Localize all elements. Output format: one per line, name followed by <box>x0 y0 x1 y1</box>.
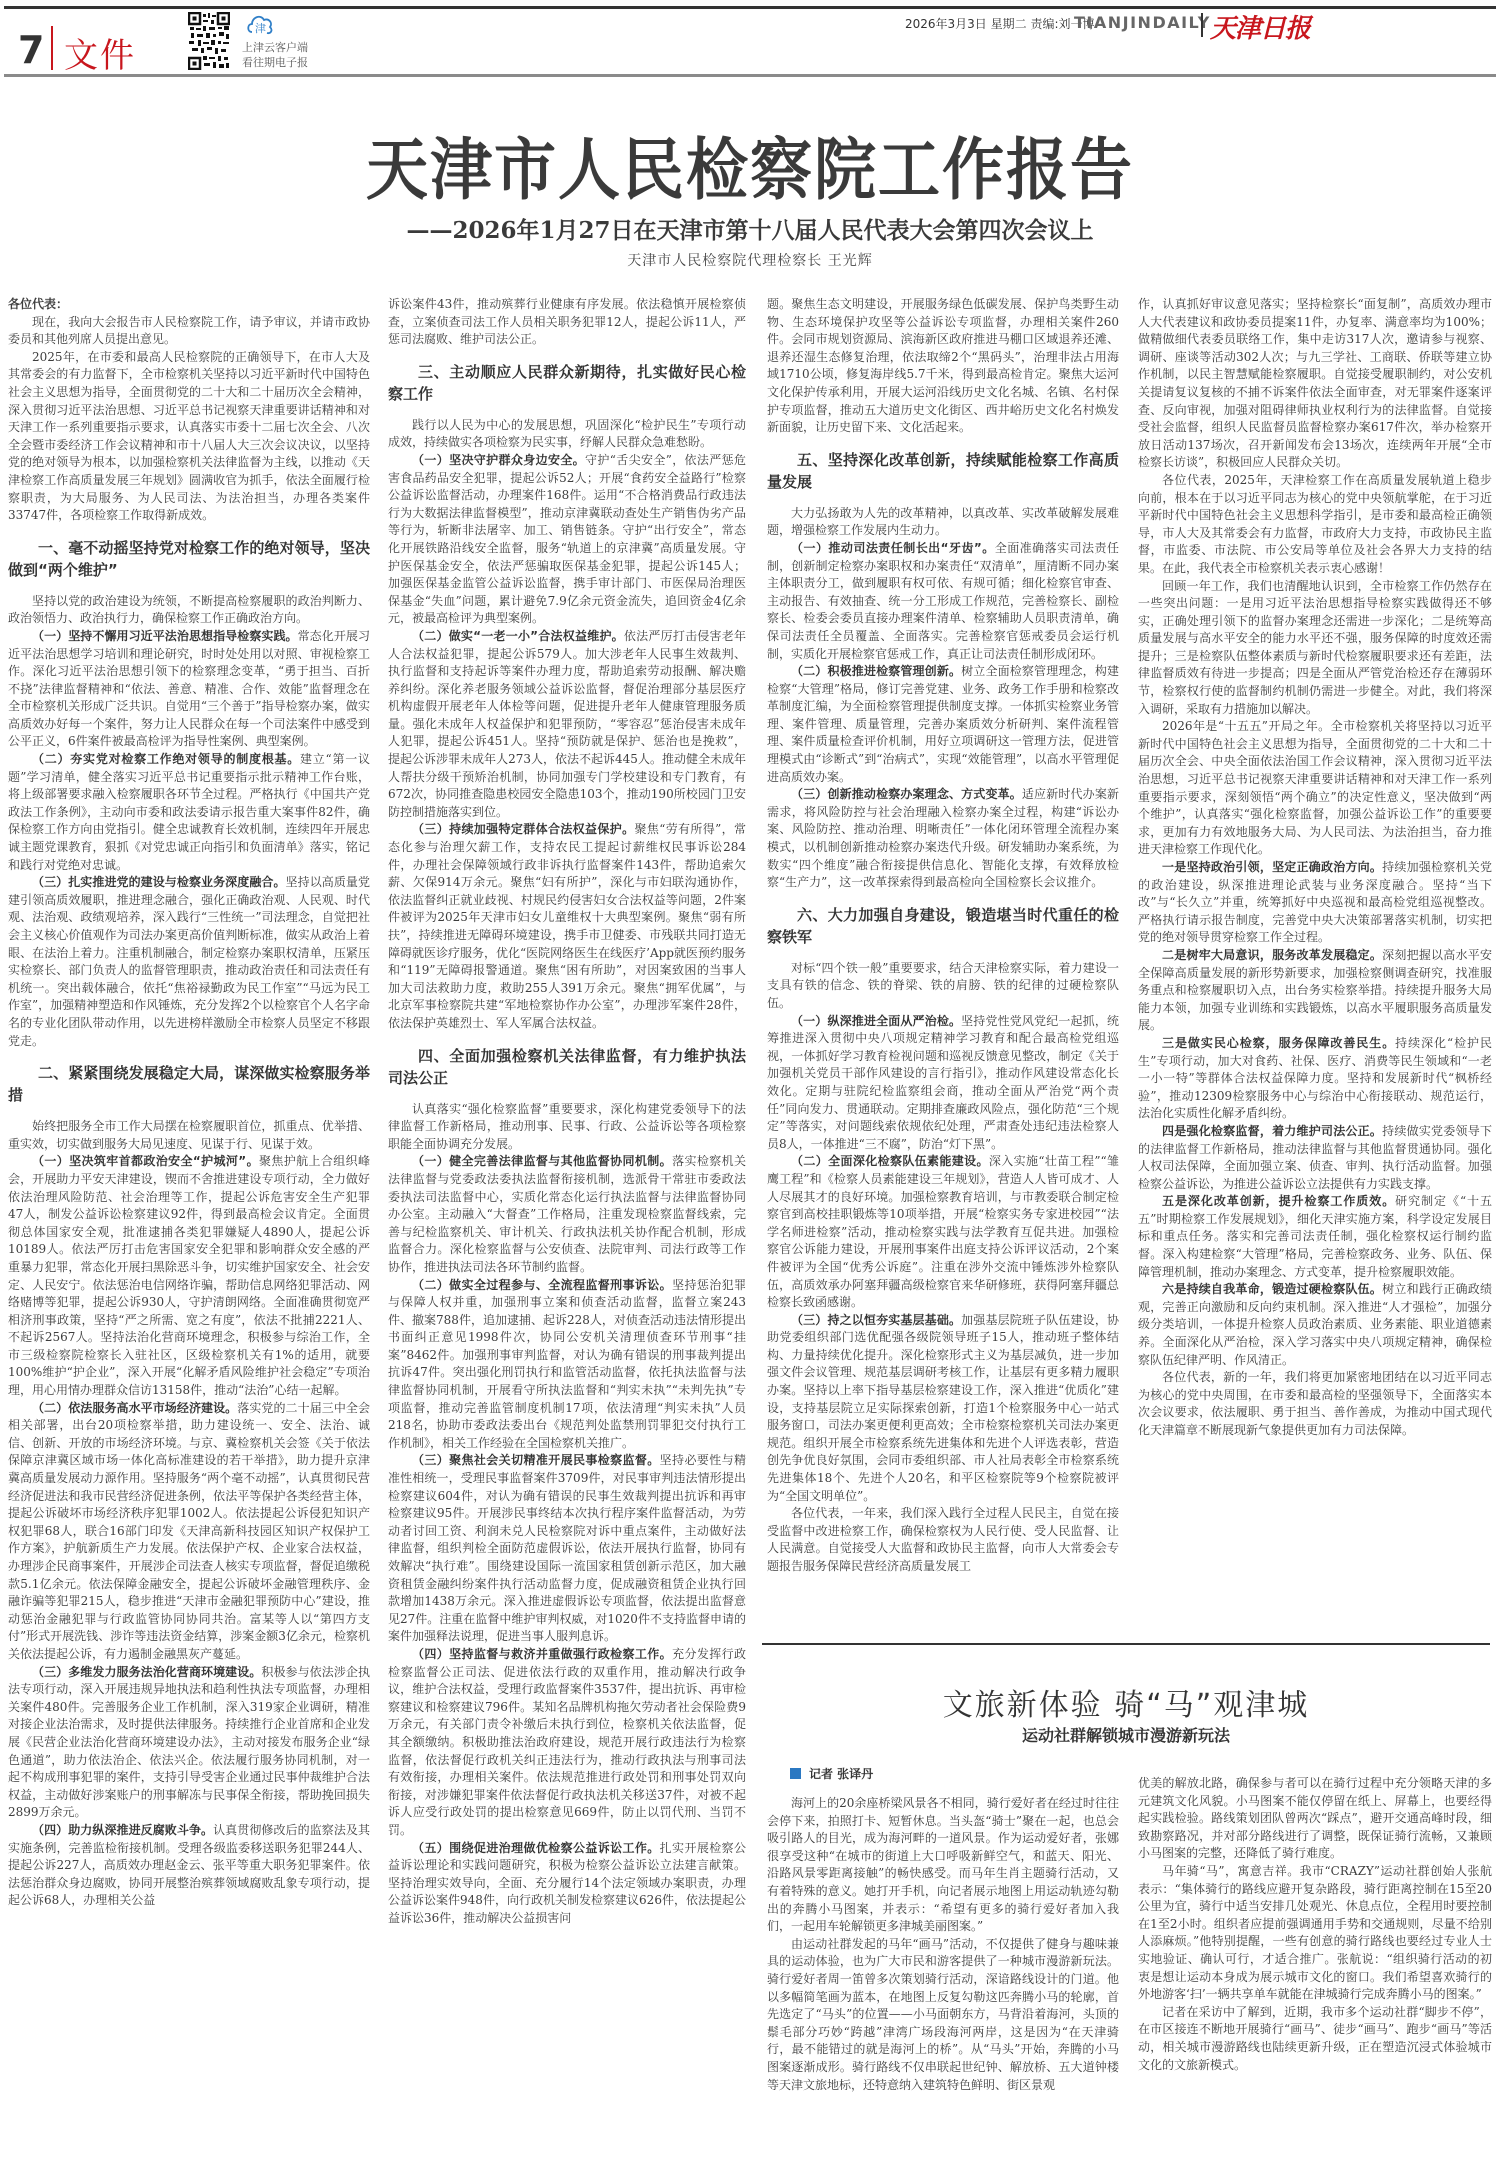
paragraph-lead: （一）推动司法责任制长出“牙齿”。 <box>791 541 995 555</box>
paragraph: 践行以人民为中心的发展思想，巩固深化“检护民生”专项行动成效，持续做实各项检察为… <box>388 417 746 452</box>
paragraph: 题。聚焦生态文明建设，开展服务绿色低碳发展、保护鸟类野生动物、生态环境保护攻坚等… <box>767 296 1119 437</box>
paragraph-lead: 六是持续自我革命，锻造过硬检察队伍。 <box>1162 1282 1382 1296</box>
paragraph-body: 积极参与依法涉企执法专项行动，深入开展违规异地执法和趋利性执法专项监督，办理相关… <box>8 1665 370 1820</box>
paragraph: （二）全面深化检察队伍素能建设。深入实施“壮苗工程”“雏鹰工程”和《检察人员素能… <box>767 1153 1119 1311</box>
paragraph-body: 树立全面检察管理理念，构建检察“大管理”格局，修订完善党建、业务、政务工作手册和… <box>767 664 1119 784</box>
paragraph: 认真落实“强化检察监督”重要要求，深化构建党委领导下的法律监督工作新格局，推动刑… <box>388 1101 746 1154</box>
paragraph-lead: （三）持之以恒夯实基层基础。 <box>791 1313 961 1327</box>
paragraph-lead: （二）夯实党对检察工作绝对领导的制度根基。 <box>32 752 300 766</box>
paragraph-lead: （三）创新推动检察办案理念、方式变革。 <box>791 787 1022 801</box>
paragraph: （一）纵深推进全面从严治检。坚持党性党风党纪一起抓，统筹推进深入贯彻中央八项规定… <box>767 1013 1119 1154</box>
paragraph-lead: （三）多维发力服务法治化营商环境建设。 <box>32 1665 261 1679</box>
paragraph: 由运动社群发起的马年“画马”活动，不仅提供了健身与趣味兼具的运动体验，也为广大市… <box>767 1936 1119 2094</box>
masthead-bottom-rule <box>4 74 1496 77</box>
paragraph-body: 守护“舌尖安全”，依法严惩危害食品药品安全犯罪，提起公诉52人；开展“食药安全益… <box>388 453 746 625</box>
paragraph-lead: （四）坚持监督与救济并重做强行政检察工作。 <box>412 1647 672 1661</box>
paragraph-body: 依法严厉打击侵害老年人合法权益犯罪，提起公诉579人。加大涉老年人民事生效裁判、… <box>388 629 746 819</box>
brand-english: TIANJINDAILY <box>1074 13 1211 32</box>
paragraph: （二）做实全过程参与、全流程监督刑事诉讼。坚持惩治犯罪与保障人权并重，加强刑事立… <box>388 1277 746 1453</box>
article2-reporter: 记者 张译丹 <box>790 1765 873 1782</box>
paragraph: 2025年，在市委和最高人民检察院的正确领导下，在市人大及其常委会的有力监督下，… <box>8 349 370 525</box>
paragraph-lead: （二）做实“一老一小”合法权益维护。 <box>412 629 624 643</box>
paragraph-body: 坚持党性党风党纪一起抓，统筹推进深入贯彻中央八项规定精神学习教育和配合最高检党组… <box>767 1014 1119 1151</box>
paragraph: 2026年是“十五五”开局之年。全市检察机关将坚持以习近平新时代中国特色社会主义… <box>1138 718 1492 859</box>
paragraph: （二）夯实党对检察工作绝对领导的制度根基。建立“第一议题”学习清单，健全落实习近… <box>8 751 370 874</box>
paragraph-lead: 一是坚持政治引领，坚定正确政治方向。 <box>1162 860 1382 874</box>
section-heading-1: 一、毫不动摇坚持党对检察工作的绝对领导，坚决做到“两个维护” <box>8 537 370 581</box>
paragraph: 现在，我向大会报告市人民检察院工作，请予审议，并请市政协委员和其他列席人员提出意… <box>8 314 370 349</box>
paragraph-lead: 四是强化检察监督，着力维护司法公正。 <box>1162 1124 1382 1138</box>
paragraph: （四）坚持监督与救济并重做强行政检察工作。充分发挥行政检察监督公正司法、促进依法… <box>388 1646 746 1840</box>
paragraph-body: 适应新时代办案新需求，将风险防控与社会治理融入检察办案全过程，构建“诉讼办案、风… <box>767 787 1119 889</box>
paragraph-body: 充分发挥行政检察监督公正司法、促进依法行政的双重作用，推动解决行政争议，维护合法… <box>388 1647 746 1837</box>
paragraph-lead: （三）持续加强特定群体合法权益保护。 <box>412 822 634 836</box>
issue-date: 2026年3月3日 <box>905 17 987 31</box>
article-subtitle: ——2026年1月27日在天津市第十八届人民代表大会第四次会议上 <box>0 212 1500 245</box>
paragraph-lead: （一）坚持不懈用习近平法治思想指导检察实践。 <box>32 629 298 643</box>
paragraph: 五是深化改革创新，提升检察工作质效。研究制定《“十五五”时期检察工作发展规划》，… <box>1138 1193 1492 1281</box>
app-promo-text: 上津云客户端 看往期电子报 <box>242 40 308 70</box>
paragraph-lead: 二是树牢大局意识，服务改革发展稳定。 <box>1162 948 1382 962</box>
paragraph: 二是树牢大局意识，服务改革发展稳定。深刻把握以高水平安全保障高质量发展的新形势新… <box>1138 947 1492 1035</box>
brand-separator <box>1201 13 1203 37</box>
paragraph: （一）健全完善法律监督与其他监督协同机制。落实检察机关法律监督与党委政法委执法监… <box>388 1153 746 1276</box>
paragraph: （一）坚决筑牢首都政治安全“护城河”。聚焦护航上合组织峰会，开展助力平安天津建设… <box>8 1153 370 1399</box>
paragraph: 坚持以党的政治建设为统领，不断提高检察履职的政治判断力、政治领悟力、政治执行力，… <box>8 593 370 628</box>
paragraph: 各位代表，新的一年，我们将更加紧密地团结在以习近平同志为核心的党中央周围，在市委… <box>1138 1369 1492 1439</box>
article2-column-1: 海河上的20余座桥梁风景各不相同，骑行爱好者在经过时往往会停下来，拍照打卡、短暂… <box>767 1795 1119 2160</box>
page-number: 7 <box>18 28 44 72</box>
paragraph: 记者在采访中了解到，近期，我市多个运动社群“脚步不停”，在市区接连不断地开展骑行… <box>1138 2004 1492 2074</box>
paragraph-body: 全面准确落实司法责任制，创新制定检察办案职权和办案责任“双清单”，厘清断不同办案… <box>767 541 1119 661</box>
app-promo-line1: 上津云客户端 <box>242 40 308 55</box>
paragraph-body: 加强基层院班子队伍建设，协助党委组织部门选优配强各级院领导班子15人，推动班子整… <box>767 1313 1119 1503</box>
paragraph: （二）积极推进检察管理创新。树立全面检察管理理念，构建检察“大管理”格局，修订完… <box>767 663 1119 786</box>
paragraph: 大力弘扬敢为人先的改革精神，以真改革、实改革破解发展难题，增强检察工作发展内生动… <box>767 505 1119 540</box>
paragraph: 对标“四个铁一般”重要要求，结合天津检察实际，着力建设一支具有铁的信念、铁的脊梁… <box>767 960 1119 1013</box>
paragraph-lead: （三）扎实推进党的建设与检察业务深度融合。 <box>32 875 286 889</box>
qr-code-icon[interactable] <box>188 12 230 70</box>
paragraph-body: 坚持必要性与精准性相统一，受理民事监督案件3709件，对民事审判违法情形提出检察… <box>388 1453 746 1643</box>
article-column-2: 诉讼案件43件，推动殡葬行业健康有序发展。依法稳慎开展检察侦查，立案侦查司法工作… <box>388 296 746 2156</box>
paragraph: 各位代表，一年来，我们深入践行全过程人民民主，自觉在接受监督中改进检察工作，确保… <box>767 1505 1119 1575</box>
paragraph: 马年骑“马”，寓意吉祥。我市“CRAZY”运动社群创始人张航表示：“集体骑行的路… <box>1138 1863 1492 2004</box>
paragraph-lead: （一）坚决守护群众身边安全。 <box>412 453 585 467</box>
paragraph: 海河上的20余座桥梁风景各不相同，骑行爱好者在经过时往往会停下来，拍照打卡、短暂… <box>767 1795 1119 1936</box>
paragraph: （一）推动司法责任制长出“牙齿”。全面准确落实司法责任制，创新制定检察办案职权和… <box>767 540 1119 663</box>
paragraph-body: 落实党的二十届三中全会相关部署，出台20项检察举措，助力建设统一、安全、法治、诚… <box>8 1401 370 1661</box>
paragraph: 三是做实民心检察，服务保障改善民生。持续深化“检护民生”专项行动，加大对食药、社… <box>1138 1035 1492 1123</box>
paragraph: 四是强化检察监督，着力维护司法公正。持续做实党委领导下的法律监督工作新格局，推动… <box>1138 1123 1492 1193</box>
paragraph: 始终把服务全市工作大局摆在检察履职首位，抓重点、优举措、重实效，切实做到服务大局… <box>8 1118 370 1153</box>
paragraph-lead: 三是做实民心检察，服务保障改善民生。 <box>1162 1036 1395 1050</box>
section-heading-6: 六、大力加强自身建设，锻造堪当时代重任的检察铁军 <box>767 904 1119 948</box>
paragraph: 回顾一年工作，我们也清醒地认识到，全市检察工作仍然存在一些突出问题：一是用习近平… <box>1138 578 1492 719</box>
reporter-name: 记者 张译丹 <box>809 1765 873 1782</box>
paragraph-lead: （一）健全完善法律监督与其他监督协同机制。 <box>412 1154 672 1168</box>
page-section-name: 文件 <box>64 28 136 77</box>
article-divider <box>762 1643 1490 1645</box>
page-separator <box>51 26 53 70</box>
paragraph: （一）坚决守护群众身边安全。守护“舌尖安全”，依法严惩危害食品药品安全犯罪，提起… <box>388 452 746 628</box>
paragraph-lead: （四）助力纵深推进反腐败斗争。 <box>32 1823 213 1837</box>
paragraph: （三）持之以恒夯实基层基础。加强基层院班子队伍建设，协助党委组织部门选优配强各级… <box>767 1312 1119 1506</box>
issue-meta: 2026年3月3日 星期二 责编:刘一博 <box>905 15 1095 32</box>
paragraph: （三）多维发力服务法治化营商环境建设。积极参与依法涉企执法专项行动，深入开展违规… <box>8 1664 370 1822</box>
paragraph-body: 坚持惩治犯罪与保障人权并重，加强刑事立案和侦查活动监督，监督立案243件、撤案7… <box>388 1278 746 1450</box>
paragraph: （四）助力纵深推进反腐败斗争。认真贯彻修改后的监察法及其实施条例，完善监检衔接机… <box>8 1822 370 1910</box>
paragraph: （三）聚焦社会关切精准开展民事检察监督。坚持必要性与精准性相统一，受理民事监督案… <box>388 1452 746 1646</box>
section-heading-2: 二、紧紧围绕发展稳定大局，谋深做实检察服务举措 <box>8 1062 370 1106</box>
svg-text:津: 津 <box>255 21 266 35</box>
paragraph: 一是坚持政治引领，坚定正确政治方向。持续加强检察机关党的政治建设，纵深推进理论武… <box>1138 859 1492 947</box>
paragraph: 作，认真抓好审议意见落实；坚持检察长“面复制”，高质效办理市人大代表建议和政协委… <box>1138 296 1492 472</box>
paragraph-lead: （二）依法服务高水平市场经济建设。 <box>32 1401 237 1415</box>
paragraph-body: 常态化开展习近平法治思想学习培训和理论研究，时时处处用以对照、审视检察工作。深化… <box>8 629 370 749</box>
paragraph-lead: （三）聚焦社会关切精准开展民事检察监督。 <box>412 1453 660 1467</box>
paragraph-lead: 五是深化改革创新，提升检察工作质效。 <box>1162 1194 1395 1208</box>
paragraph-body: 深入实施“壮苗工程”“雏鹰工程”和《检察人员素能建设三年规划》，营造人人皆可成才… <box>767 1154 1119 1309</box>
paragraph: （三）扎实推进党的建设与检察业务深度融合。坚持以高质量党建引领高质效履职，推进理… <box>8 874 370 1050</box>
issue-weekday: 星期二 <box>991 17 1027 31</box>
article-column-1: 各位代表： 现在，我向大会报告市人民检察院工作，请予审议，并请市政协委员和其他列… <box>8 296 370 2156</box>
paragraph: （二）做实“一老一小”合法权益维护。依法严厉打击侵害老年人合法权益犯罪，提起公诉… <box>388 628 746 822</box>
paragraph: （二）依法服务高水平市场经济建设。落实党的二十届三中全会相关部署，出台20项检察… <box>8 1400 370 1664</box>
paragraph: 诉讼案件43件，推动殡葬行业健康有序发展。依法稳慎开展检察侦查，立案侦查司法工作… <box>388 296 746 349</box>
paragraph: 优美的解放北路，确保参与者可以在骑行过程中充分领略天津的多元建筑文化风貌。小马图… <box>1138 1775 1492 1863</box>
section-heading-4: 四、全面加强检察机关法律监督，有力维护执法司法公正 <box>388 1045 746 1089</box>
article-column-4: 作，认真抓好审议意见落实；坚持检察长“面复制”，高质效办理市人大代表建议和政协委… <box>1138 296 1492 1626</box>
article2-column-2: 优美的解放北路，确保参与者可以在骑行过程中充分领略天津的多元建筑文化风貌。小马图… <box>1138 1775 1492 2160</box>
article-title: 天津市人民检察院工作报告 <box>0 116 1500 212</box>
article2-title: 文旅新体验 骑“马”观津城 <box>762 1680 1490 1724</box>
paragraph-lead: （一）纵深推进全面从严治检。 <box>791 1014 961 1028</box>
section-heading-3: 三、主动顺应人民群众新期待，扎实做好民心检察工作 <box>388 361 746 405</box>
brand-logo-chinese: 天津日报 <box>1210 8 1310 45</box>
paragraph: （一）坚持不懈用习近平法治思想指导检察实践。常态化开展习近平法治思想学习培训和理… <box>8 628 370 751</box>
article-column-3: 题。聚焦生态文明建设，开展服务绿色低碳发展、保护鸟类野生动物、生态环境保护攻坚等… <box>767 296 1119 1626</box>
paragraph-body: 落实检察机关法律监督与党委政法委执法监督衔接机制，选派骨干常驻市委政法委执法司法… <box>388 1154 746 1274</box>
salutation: 各位代表： <box>8 296 370 314</box>
paragraph: （三）创新推动检察办案理念、方式变革。适应新时代办案新需求，将风险防控与社会治理… <box>767 786 1119 892</box>
paragraph-lead: （二）做实全过程参与、全流程监督刑事诉讼。 <box>412 1278 672 1292</box>
paragraph-lead: （二）积极推进检察管理创新。 <box>791 664 961 678</box>
paragraph-body: 聚焦“劳有所得”，常态化参与治理欠薪工作，支持农民工提起讨薪维权民事诉讼284件… <box>388 822 746 1030</box>
paragraph-lead: （一）坚决筑牢首都政治安全“护城河”。 <box>32 1154 259 1168</box>
paragraph: 各位代表，2025年，天津检察工作在高质量发展轨道上稳步向前，根本在于以习近平同… <box>1138 472 1492 578</box>
paragraph-lead: （五）围绕促进治理做优检察公益诉讼工作。 <box>412 1841 660 1855</box>
paragraph-body: 建立“第一议题”学习清单，健全落实习近平总书记重要指示批示精神工作台账，将上级部… <box>8 752 370 872</box>
paragraph: （五）围绕促进治理做优检察公益诉讼工作。扎实开展检察公益诉讼理论和实践问题研究，… <box>388 1840 746 1928</box>
article-byline: 天津市人民检察院代理检察长 王光辉 <box>0 250 1500 270</box>
paragraph: 六是持续自我革命，锻造过硬检察队伍。树立和践行正确政绩观，完善正向激励和反向约束… <box>1138 1281 1492 1369</box>
app-promo-line2: 看往期电子报 <box>242 55 308 70</box>
article2-subtitle: 运动社群解锁城市漫游新玩法 <box>762 1723 1490 1746</box>
reporter-marker-icon <box>790 1768 801 1779</box>
paragraph: （三）持续加强特定群体合法权益保护。聚焦“劳有所得”，常态化参与治理欠薪工作，支… <box>388 821 746 1032</box>
paragraph-lead: （二）全面深化检察队伍素能建设。 <box>791 1154 989 1168</box>
paragraph-body: 坚持以高质量党建引领高质效履职，推进理念融合，强化正确政治观、人民观、时代观、法… <box>8 875 370 1047</box>
shangjinyun-app-logo-icon: 津 <box>246 12 274 38</box>
section-heading-5: 五、坚持深化改革创新，持续赋能检察工作高质量发展 <box>767 449 1119 493</box>
paragraph-body: 聚焦护航上合组织峰会，开展助力平安天津建设，锲而不舍推进建设专项行动，全力做好依… <box>8 1154 370 1397</box>
